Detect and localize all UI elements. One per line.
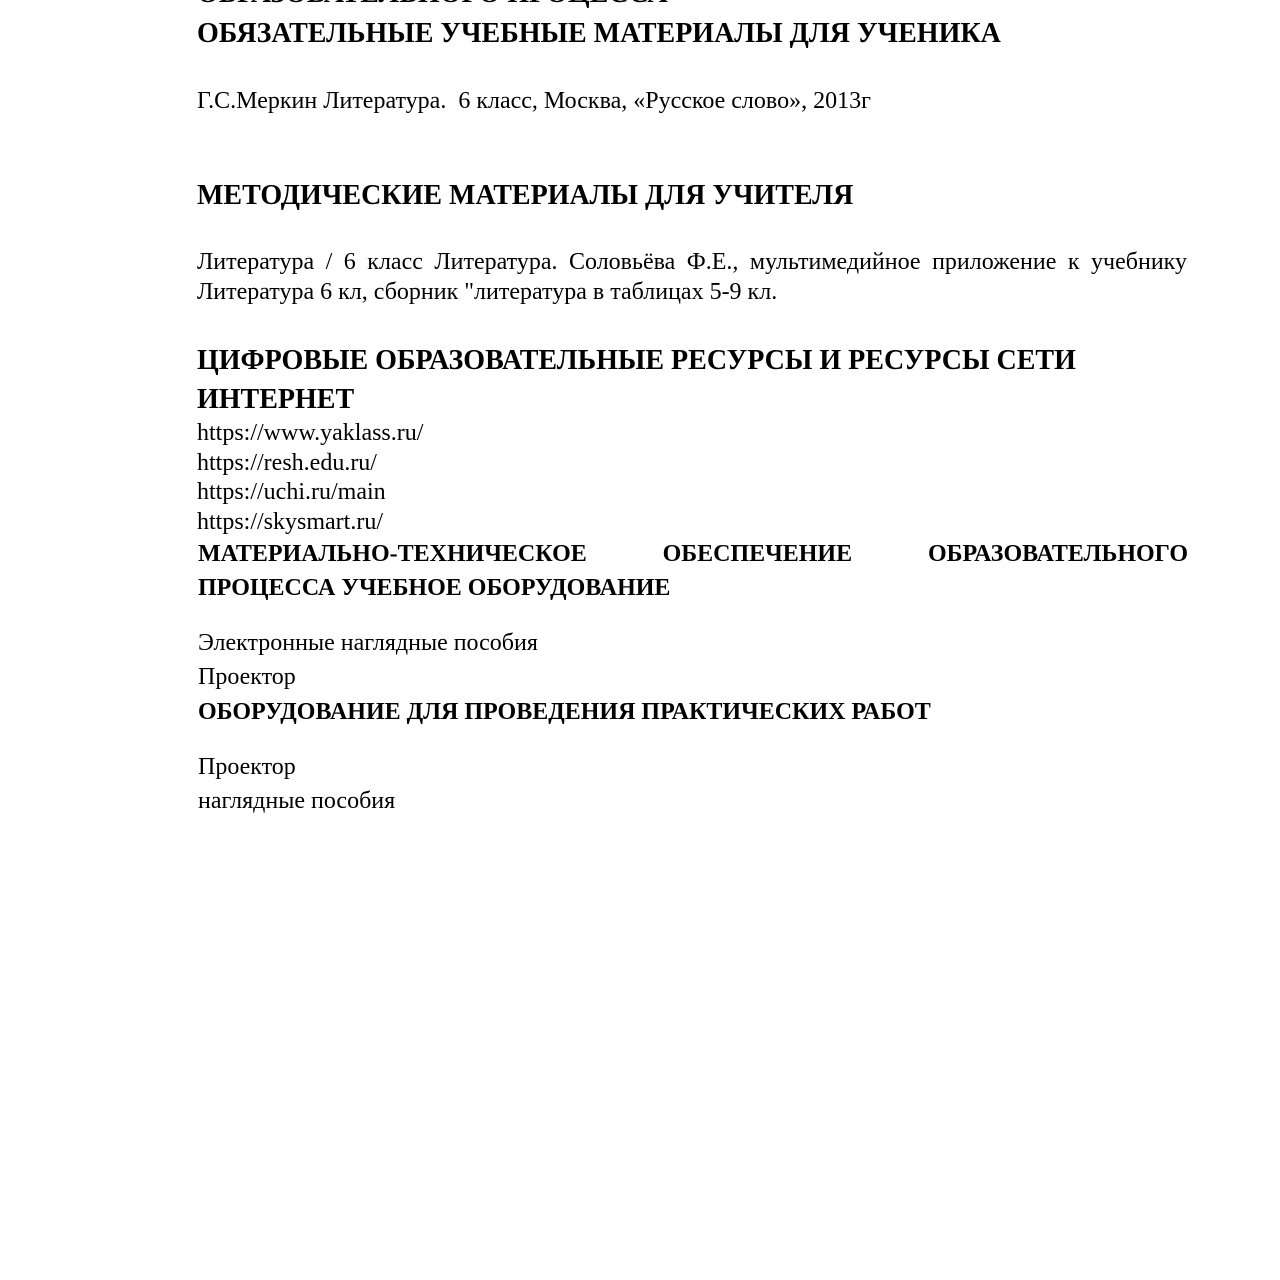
resource-link-uchi[interactable]: https://uchi.ru/main [197, 478, 423, 508]
practical-equipment-item: Проектор [198, 750, 395, 784]
teacher-materials-heading: МЕТОДИЧЕСКИЕ МАТЕРИАЛЫ ДЛЯ УЧИТЕЛЯ [197, 180, 853, 212]
equipment-item: Электронные наглядные пособия [198, 626, 538, 660]
student-materials-heading: ОБЯЗАТЕЛЬНЫЕ УЧЕБНЫЕ МАТЕРИАЛЫ ДЛЯ УЧЕНИ… [197, 18, 1001, 50]
digital-resources-heading-line2: ИНТЕРНЕТ [197, 380, 1076, 419]
resource-links-list: https://www.yaklass.ru/ https://resh.edu… [197, 419, 423, 537]
practical-equipment-item: наглядные пособия [198, 784, 395, 818]
resource-link-resh[interactable]: https://resh.edu.ru/ [197, 449, 423, 479]
equipment-item: Проектор [198, 660, 538, 694]
resource-link-skysmart[interactable]: https://skysmart.ru/ [197, 508, 423, 538]
digital-resources-heading-line1: ЦИФРОВЫЕ ОБРАЗОВАТЕЛЬНЫЕ РЕСУРСЫ И РЕСУР… [197, 341, 1076, 380]
cutoff-heading: ОБРАЗОВАТЕЛЬНОГО ПРОЦЕССА [197, 0, 668, 10]
practical-equipment-list: Проектор наглядные пособия [198, 750, 395, 818]
equipment-list: Электронные наглядные пособия Проектор [198, 626, 538, 694]
digital-resources-heading: ЦИФРОВЫЕ ОБРАЗОВАТЕЛЬНЫЕ РЕСУРСЫ И РЕСУР… [197, 341, 1076, 419]
practical-equipment-heading: ОБОРУДОВАНИЕ ДЛЯ ПРОВЕДЕНИЯ ПРАКТИЧЕСКИХ… [198, 695, 931, 729]
student-materials-text: Г.С.Меркин Литература. 6 класс, Москва, … [197, 86, 871, 116]
teacher-materials-text: Литература / 6 класс Литература. Соловьё… [197, 247, 1187, 307]
equipment-heading: МАТЕРИАЛЬНО-ТЕХНИЧЕСКОЕ ОБЕСПЕЧЕНИЕ ОБРА… [198, 537, 1188, 605]
resource-link-yaklass[interactable]: https://www.yaklass.ru/ [197, 419, 423, 449]
